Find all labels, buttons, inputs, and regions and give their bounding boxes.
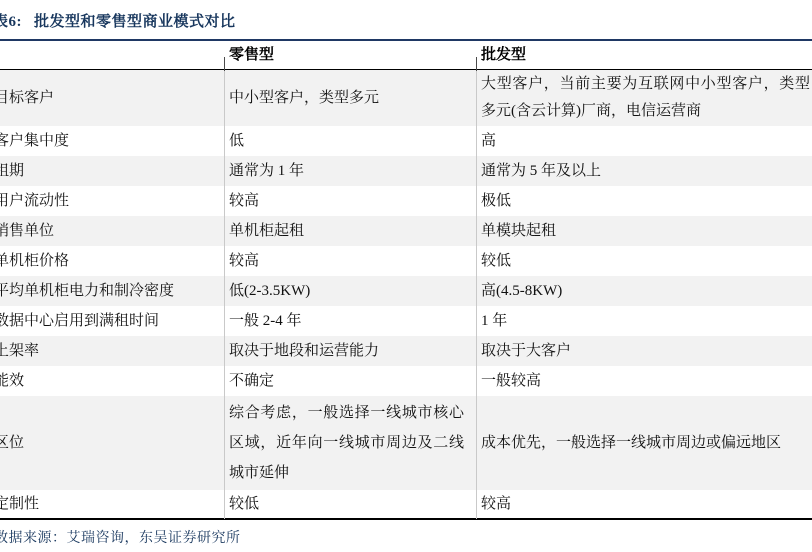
table-row: 单机柜价格 较高 较低	[0, 246, 812, 276]
wholesale-cell: 通常为 5 年及以上	[476, 156, 812, 186]
table-row: 平均单机柜电力和制冷密度 低(2-3.5KW) 高(4.5-8KW)	[0, 276, 812, 306]
retail-cell: 中小型客户，类型多元	[224, 70, 476, 126]
row-label: 销售单位	[0, 216, 224, 246]
header-cell-blank	[0, 41, 224, 69]
retail-cell: 不确定	[224, 366, 476, 396]
wholesale-cell: 极低	[476, 186, 812, 216]
retail-cell: 通常为 1 年	[224, 156, 476, 186]
retail-cell: 较高	[224, 246, 476, 276]
retail-cell: 较高	[224, 186, 476, 216]
comparison-table: 零售型 批发型 目标客户 中小型客户，类型多元 大型客户，当前主要为互联网中小型…	[0, 39, 812, 520]
table-title-text: 批发型和零售型商业模式对比	[34, 14, 236, 30]
wholesale-cell: 高	[476, 126, 812, 156]
wholesale-cell: 1 年	[476, 306, 812, 336]
column-divider	[224, 71, 225, 519]
row-label: 上架率	[0, 336, 224, 366]
table-row: 数据中心启用到满租时间 一般 2-4 年 1 年	[0, 306, 812, 336]
row-label: 目标客户	[0, 70, 224, 126]
row-label: 客户集中度	[0, 126, 224, 156]
table-row: 区位 综合考虑，一般选择一线城市核心区域，近年向一线城市周边及二线城市延伸 成本…	[0, 396, 812, 490]
table-header-row: 零售型 批发型	[0, 41, 812, 70]
row-label: 租期	[0, 156, 224, 186]
retail-cell: 综合考虑，一般选择一线城市核心区域，近年向一线城市周边及二线城市延伸	[224, 396, 476, 490]
table-row: 用户流动性 较高 极低	[0, 186, 812, 216]
retail-cell: 单机柜起租	[224, 216, 476, 246]
wholesale-cell: 一般较高	[476, 366, 812, 396]
row-label: 区位	[0, 396, 224, 490]
data-source-note: 数据来源：艾瑞咨询，东吴证券研究所	[0, 527, 812, 547]
wholesale-cell: 较低	[476, 246, 812, 276]
table-row: 定制性 较低 较高	[0, 490, 812, 518]
wholesale-cell: 成本优先，一般选择一线城市周边或偏远地区	[476, 396, 812, 490]
wholesale-cell: 大型客户，当前主要为互联网中小型客户，类型多元(含云计算)厂商，电信运营商	[476, 70, 812, 126]
table-title: 表6:批发型和零售型商业模式对比	[0, 10, 812, 34]
table-row: 上架率 取决于地段和运营能力 取决于大客户	[0, 336, 812, 366]
column-divider-tick	[224, 57, 225, 71]
row-label: 能效	[0, 366, 224, 396]
wholesale-cell: 单模块起租	[476, 216, 812, 246]
wholesale-cell: 高(4.5-8KW)	[476, 276, 812, 306]
table-row: 能效 不确定 一般较高	[0, 366, 812, 396]
header-cell-wholesale: 批发型	[476, 41, 812, 69]
retail-cell: 低	[224, 126, 476, 156]
row-label: 平均单机柜电力和制冷密度	[0, 276, 224, 306]
table-row: 租期 通常为 1 年 通常为 5 年及以上	[0, 156, 812, 186]
wholesale-cell: 取决于大客户	[476, 336, 812, 366]
document-crop: 表6:批发型和零售型商业模式对比 零售型 批发型 目标客户 中小型客户，类型多元…	[0, 0, 812, 552]
table-row: 目标客户 中小型客户，类型多元 大型客户，当前主要为互联网中小型客户，类型多元(…	[0, 70, 812, 126]
retail-cell: 一般 2-4 年	[224, 306, 476, 336]
row-label: 定制性	[0, 490, 224, 518]
table-row: 销售单位 单机柜起租 单模块起租	[0, 216, 812, 246]
table-row: 客户集中度 低 高	[0, 126, 812, 156]
row-label: 单机柜价格	[0, 246, 224, 276]
header-cell-retail: 零售型	[224, 41, 476, 69]
retail-cell: 取决于地段和运营能力	[224, 336, 476, 366]
row-label: 数据中心启用到满租时间	[0, 306, 224, 336]
report-table-page: 表6:批发型和零售型商业模式对比 零售型 批发型 目标客户 中小型客户，类型多元…	[0, 0, 812, 552]
retail-cell: 较低	[224, 490, 476, 518]
retail-cell: 低(2-3.5KW)	[224, 276, 476, 306]
table-number-label: 表6:	[0, 14, 22, 30]
column-divider-tick	[476, 57, 477, 71]
column-divider	[476, 71, 477, 519]
wholesale-cell: 较高	[476, 490, 812, 518]
row-label: 用户流动性	[0, 186, 224, 216]
